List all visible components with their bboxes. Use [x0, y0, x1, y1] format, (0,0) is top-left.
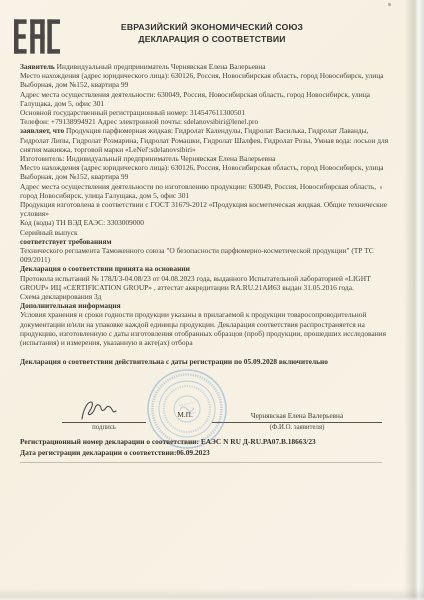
paragraph-text: Место нахождения (адрес юридического лиц… — [20, 71, 384, 89]
paragraph-text: Декларация о соответствии принята на осн… — [20, 264, 190, 273]
paragraph-text: Адрес места осуществления деятельности п… — [20, 182, 376, 200]
paragraph-text: Продукция парфюмерная жидкая: Гидролат К… — [20, 126, 388, 153]
paragraph: Условия хранения и сроки годности продук… — [20, 310, 392, 347]
paragraph-text: Индивидуальный предприниматель Чернявска… — [55, 62, 266, 71]
registration-number: Регистрационный номер декларации о соотв… — [20, 436, 400, 447]
signature-line — [62, 403, 146, 423]
paragraph: Заявитель Индивидуальный предприниматель… — [20, 62, 392, 71]
footer-divider — [20, 462, 382, 463]
paragraph-text: Дополнительная информация — [20, 301, 121, 310]
paragraph: соответствует требованиям — [20, 237, 392, 246]
union-title: ЕВРАЗИЙСКИЙ ЭКОНОМИЧЕСКИЙ СОЮЗ — [0, 21, 424, 33]
paragraph-text: Серийный выпуск — [20, 228, 78, 237]
paragraph-text: Протокола испытаний № 178Л/3-04.08/23 от… — [20, 274, 371, 292]
paragraph-text: Основной государственный регистрационный… — [20, 108, 245, 117]
paragraph-text: Место нахождения (адрес юридического лиц… — [20, 163, 384, 181]
paragraph: Адрес места осуществления деятельности п… — [20, 182, 392, 200]
paragraph-text: Технического регламента Таможенного союз… — [20, 246, 374, 264]
signature-caption: подпись — [62, 424, 146, 431]
paragraph: Телефон: +79138994921 Адрес электронной … — [20, 117, 392, 126]
paragraph: Место нахождения (адрес юридического лиц… — [20, 163, 392, 181]
paragraph: Место нахождения (адрес юридического лиц… — [20, 71, 392, 89]
paragraph: Схема декларирования 3д — [20, 292, 392, 301]
paragraph-text: Адрес места осуществления деятельности: … — [20, 90, 370, 108]
paragraph: Адрес места осуществления деятельности: … — [20, 90, 392, 108]
paragraph-lead: заявляет, что — [20, 126, 64, 135]
registration-block: Регистрационный номер декларации о соотв… — [20, 436, 400, 458]
paragraph: Продукция изготовлена в соответствии с Г… — [20, 200, 392, 218]
paragraph: Изготовитель: Индивидуальный предпринима… — [20, 154, 392, 163]
paragraph-text: Декларация о соответствии действительна … — [20, 357, 328, 366]
paragraph: Основной государственный регистрационный… — [20, 108, 392, 117]
paragraph: Технического регламента Таможенного союз… — [20, 246, 392, 264]
paragraph: Декларация о соответствии принята на осн… — [20, 264, 392, 273]
scan-speck — [388, 3, 391, 6]
document-title: ДЕКЛАРАЦИЯ О СООТВЕТСТВИИ — [0, 33, 424, 45]
document-header: ЕВРАЗИЙСКИЙ ЭКОНОМИЧЕСКИЙ СОЮЗ ДЕКЛАРАЦИ… — [0, 21, 424, 45]
declaration-document: ЕВРАЗИЙСКИЙ ЭКОНОМИЧЕСКИЙ СОЮЗ ДЕКЛАРАЦИ… — [0, 0, 424, 600]
document-body: Заявитель Индивидуальный предприниматель… — [20, 62, 392, 367]
paragraph-text: Схема декларирования 3д — [20, 292, 101, 301]
scan-speck — [380, 186, 382, 189]
paragraph: Дополнительная информация — [20, 301, 392, 310]
applicant-name-line — [212, 403, 382, 423]
paragraph: Серийный выпуск — [20, 228, 392, 237]
applicant-caption: (Ф.И.О. заявителя) — [212, 424, 382, 431]
paragraph: заявляет, что Продукция парфюмерная жидк… — [20, 126, 392, 154]
scan-edge-bottom — [0, 588, 424, 600]
paragraph-text: соответствует требованиям — [20, 237, 112, 246]
paragraph-text: Телефон: +79138994921 Адрес электронной … — [20, 117, 258, 126]
paragraph: Код (коды) ТН ВЭД ЕАЭС: 3303009000 — [20, 218, 392, 227]
paragraph: Протокола испытаний № 178Л/3-04.08/23 от… — [20, 274, 392, 292]
paragraph-text: Продукция изготовлена в соответствии с Г… — [20, 200, 387, 218]
paragraph-lead: Заявитель — [20, 62, 55, 71]
paragraph-text: Условия хранения и сроки годности продук… — [20, 310, 386, 347]
scan-edge-right — [404, 0, 424, 600]
registration-date: Дата регистрации декларации о соответств… — [20, 447, 400, 458]
paragraph-text: Код (коды) ТН ВЭД ЕАЭС: 3303009000 — [20, 218, 144, 227]
paragraph-text: Изготовитель: Индивидуальный предпринима… — [20, 154, 275, 163]
